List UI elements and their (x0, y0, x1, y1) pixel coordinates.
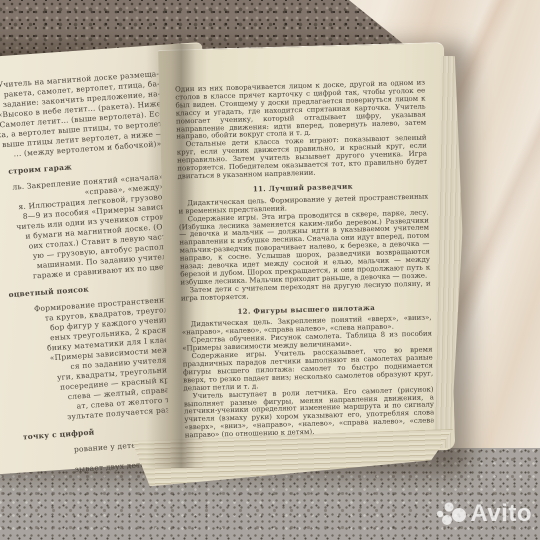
right-page-paragraph: Остальные дети класса тоже играют: показ… (177, 135, 428, 181)
right-page-paragraph: Содержание игры. Эта игра проводится в с… (179, 209, 431, 287)
left-page-text: ы. Учитель на магнитной доске размеща-ра… (0, 69, 187, 481)
photo-scene: ы. Учитель на магнитной доске размеща-ра… (0, 0, 540, 540)
right-page-text: Один из них поворачивается лицом к доске… (175, 80, 435, 441)
right-page-paragraph: Один из них поворачивается лицом к доске… (175, 80, 426, 142)
avito-logo-icon (436, 500, 466, 528)
right-page: Один из них поворачивается лицом к доске… (158, 42, 455, 458)
avito-watermark-text: Avito (470, 500, 532, 528)
avito-watermark: Avito (436, 500, 532, 528)
